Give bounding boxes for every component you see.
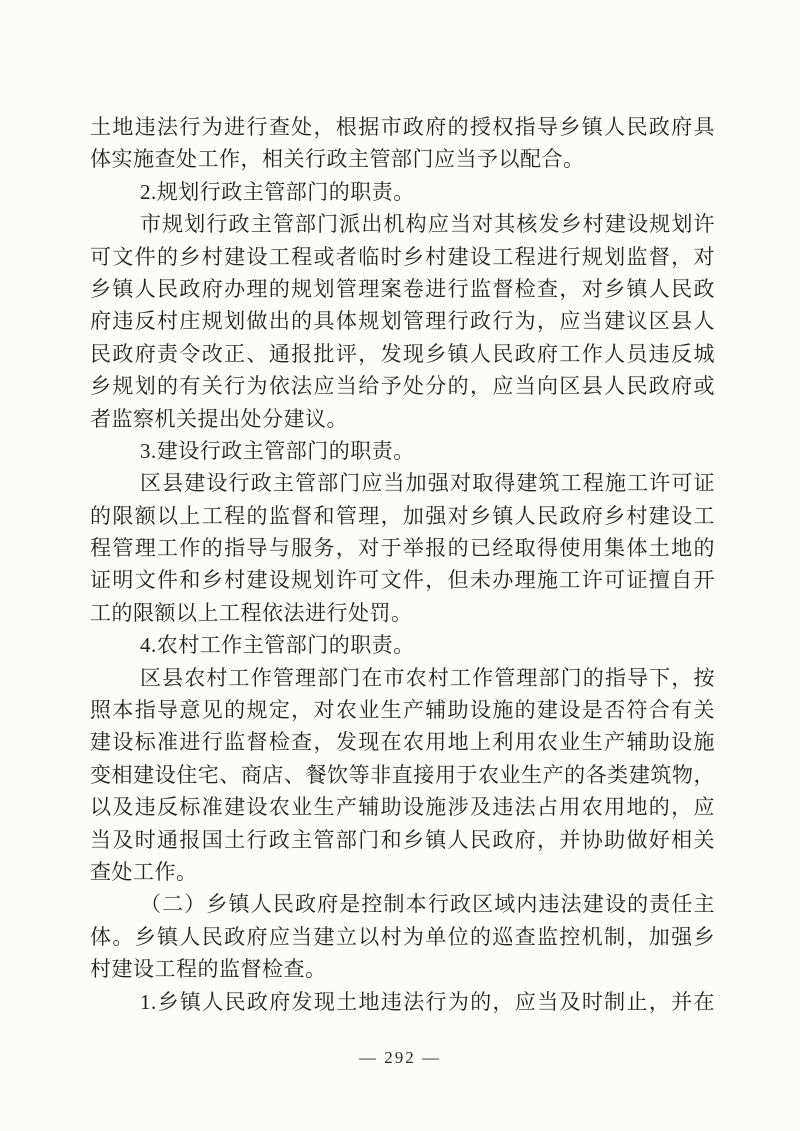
text-line: 府违反村庄规划做出的具体规划管理行政行为，应当建议区县人 xyxy=(90,305,715,337)
text-line: （二）乡镇人民政府是控制本行政区域内违法建设的责任主 xyxy=(90,888,715,920)
text-line: 体实施查处工作，相关行政主管部门应当予以配合。 xyxy=(90,143,715,175)
text-line: 当及时通报国土行政主管部门和乡镇人民政府，并协助做好相关 xyxy=(90,824,715,856)
text-line: 以及违反标准建设农业生产辅助设施涉及违法占用农用地的，应 xyxy=(90,791,715,823)
text-line: 土地违法行为进行查处，根据市政府的授权指导乡镇人民政府具 xyxy=(90,111,715,143)
text-line: 的限额以上工程的监督和管理，加强对乡镇人民政府乡村建设工 xyxy=(90,500,715,532)
text-line: 体。乡镇人民政府应当建立以村为单位的巡查监控机制，加强乡 xyxy=(90,921,715,953)
document-page: 土地违法行为进行查处，根据市政府的授权指导乡镇人民政府具体实施查处工作，相关行政… xyxy=(0,0,800,1131)
text-line: 4.农村工作主管部门的职责。 xyxy=(90,629,715,661)
text-line: 村建设工程的监督检查。 xyxy=(90,953,715,985)
text-line: 证明文件和乡村建设规划许可文件，但未办理施工许可证擅自开 xyxy=(90,564,715,596)
page-number: — 292 — xyxy=(359,1048,441,1067)
text-line: 区县建设行政主管部门应当加强对取得建筑工程施工许可证 xyxy=(90,467,715,499)
text-line: 民政府责令改正、通报批评，发现乡镇人民政府工作人员违反城 xyxy=(90,338,715,370)
text-line: 1.乡镇人民政府发现土地违法行为的，应当及时制止，并在 xyxy=(90,986,715,1018)
text-line: 3.建设行政主管部门的职责。 xyxy=(90,435,715,467)
text-line: 2.规划行政主管部门的职责。 xyxy=(90,176,715,208)
text-line: 乡镇人民政府办理的规划管理案卷进行监督检查，对乡镇人民政 xyxy=(90,273,715,305)
text-line: 可文件的乡村建设工程或者临时乡村建设工程进行规划监督，对 xyxy=(90,241,715,273)
text-line: 者监察机关提出处分建议。 xyxy=(90,403,715,435)
text-line: 工的限额以上工程依法进行处罚。 xyxy=(90,597,715,629)
text-line: 查处工作。 xyxy=(90,856,715,888)
text-line: 区县农村工作管理部门在市农村工作管理部门的指导下，按 xyxy=(90,662,715,694)
text-line: 照本指导意见的规定，对农业生产辅助设施的建设是否符合有关 xyxy=(90,694,715,726)
body-text: 土地违法行为进行查处，根据市政府的授权指导乡镇人民政府具体实施查处工作，相关行政… xyxy=(90,111,715,1018)
text-line: 建设标准进行监督检查，发现在农用地上利用农业生产辅助设施 xyxy=(90,726,715,758)
text-line: 市规划行政主管部门派出机构应当对其核发乡村建设规划许 xyxy=(90,208,715,240)
text-line: 变相建设住宅、商店、餐饮等非直接用于农业生产的各类建筑物， xyxy=(90,759,715,791)
text-line: 程管理工作的指导与服务，对于举报的已经取得使用集体土地的 xyxy=(90,532,715,564)
page-footer: — 292 — xyxy=(0,1048,800,1068)
text-line: 乡规划的有关行为依法应当给予处分的，应当向区县人民政府或 xyxy=(90,370,715,402)
